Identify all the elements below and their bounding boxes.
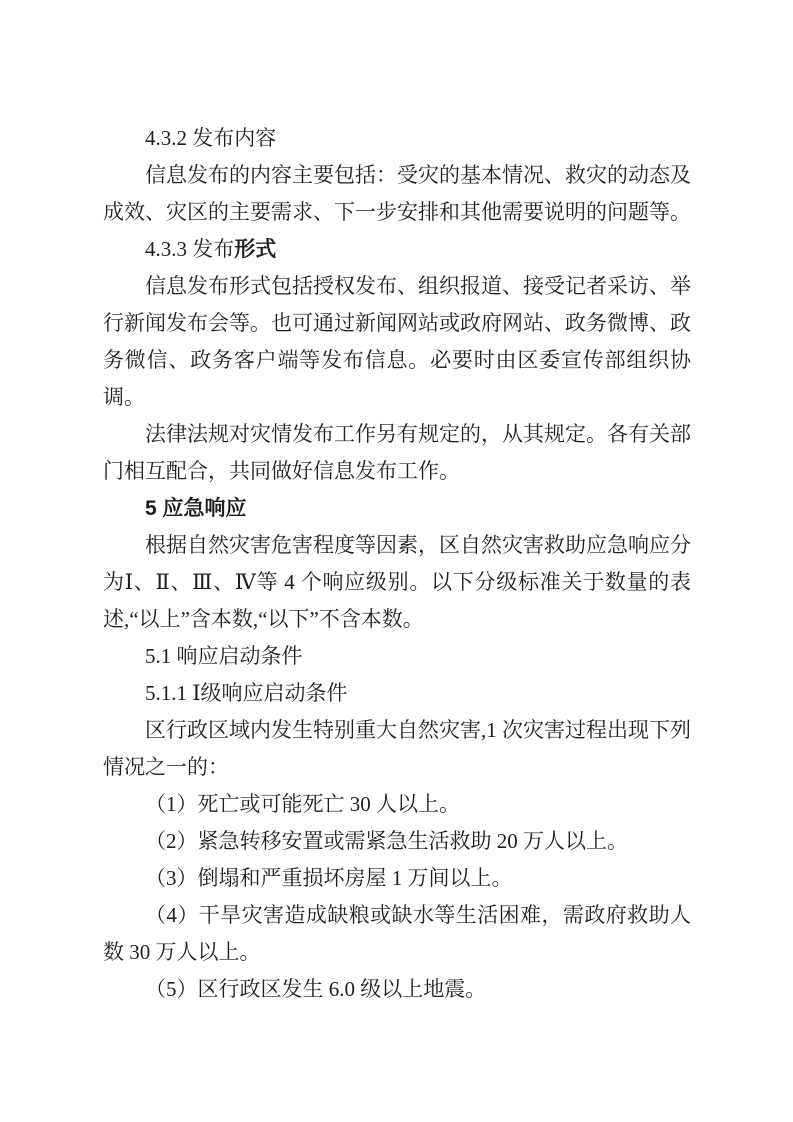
heading-4-3-2: 4.3.2 发布内容 <box>103 120 691 157</box>
document-page: 4.3.2 发布内容 信息发布的内容主要包括：受灾的基本情况、救灾的动态及成效、… <box>0 0 793 1122</box>
heading-5-emergency-response: 5 应急响应 <box>103 490 691 527</box>
paragraph-release-content: 信息发布的内容主要包括：受灾的基本情况、救灾的动态及成效、灾区的主要需求、下一步… <box>103 157 691 231</box>
heading-4-3-3: 4.3.3 发布形式 <box>103 231 691 268</box>
condition-item-4: （4）干旱灾害造成缺粮或缺水等生活困难，需政府救助人数 30 万人以上。 <box>103 897 691 971</box>
condition-item-2: （2）紧急转移安置或需紧急生活救助 20 万人以上。 <box>103 823 691 860</box>
condition-item-3: （3）倒塌和严重损坏房屋 1 万间以上。 <box>103 860 691 897</box>
heading-5-1-response-conditions: 5.1 响应启动条件 <box>103 638 691 675</box>
paragraph-response-levels: 根据自然灾害危害程度等因素，区自然灾害救助应急响应分为Ⅰ、Ⅱ、Ⅲ、Ⅳ等 4 个响… <box>103 527 691 638</box>
condition-item-1: （1）死亡或可能死亡 30 人以上。 <box>103 786 691 823</box>
heading-5-1-1-level1-conditions: 5.1.1 Ⅰ级响应启动条件 <box>103 675 691 712</box>
paragraph-release-forms: 信息发布形式包括授权发布、组织报道、接受记者采访、举行新闻发布会等。也可通过新闻… <box>103 268 691 416</box>
paragraph-level1-conditions-intro: 区行政区域内发生特别重大自然灾害,1 次灾害过程出现下列情况之一的： <box>103 712 691 786</box>
heading-4-3-3-bold-part: 形式 <box>234 238 276 261</box>
condition-item-5: （5）区行政区发生 6.0 级以上地震。 <box>103 971 691 1008</box>
paragraph-legal-provisions: 法律法规对灾情发布工作另有规定的，从其规定。各有关部门相互配合，共同做好信息发布… <box>103 416 691 490</box>
document-content: 4.3.2 发布内容 信息发布的内容主要包括：受灾的基本情况、救灾的动态及成效、… <box>103 120 691 1008</box>
heading-4-3-3-normal-part: 4.3.3 发布 <box>145 237 234 261</box>
